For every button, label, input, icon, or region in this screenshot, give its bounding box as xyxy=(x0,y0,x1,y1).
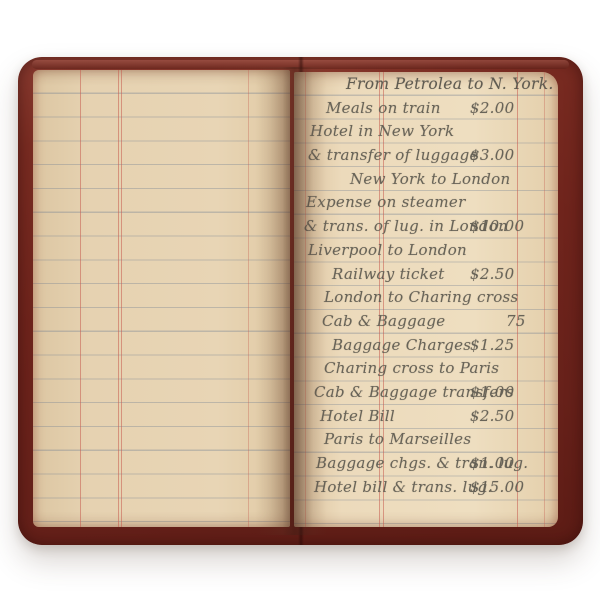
ledger-row: Meals on train $2.00 xyxy=(302,96,550,120)
ledger-row: Charing cross to Paris xyxy=(302,356,550,380)
entry-label: Railway ticket xyxy=(332,265,445,283)
entry-label: Charing cross to Paris xyxy=(324,359,499,377)
entry-amount: $10.00 xyxy=(470,214,524,239)
entry-label: Expense on steamer xyxy=(306,193,466,211)
entry-label: & transfer of luggage xyxy=(308,146,479,164)
entry-label: Hotel in New York xyxy=(310,122,454,140)
ledger-row: Railway ticket $2.50 xyxy=(302,262,550,286)
entry-label: Baggage Charges xyxy=(332,336,471,354)
ledger-row: London to Charing cross xyxy=(302,285,550,309)
entry-label: Paris to Marseilles xyxy=(324,430,471,448)
entry-label: Meals on train xyxy=(326,99,441,117)
entry-amount: $15.00 xyxy=(470,475,524,500)
entry-label: Liverpool to London xyxy=(308,241,467,259)
ledger-row: & trans. of lug. in London $10.00 xyxy=(302,214,550,238)
ledger-row: Hotel in New York xyxy=(302,119,550,143)
ledger-row: & transfer of luggage $3.00 xyxy=(302,143,550,167)
left-page xyxy=(33,70,290,527)
notebook-cover: From Petrolea to N. York. Meals on train… xyxy=(18,57,583,545)
entry-amount: $1.25 xyxy=(470,333,514,358)
entry-amount: $1.00 xyxy=(470,380,514,405)
ledger-row: Paris to Marseilles xyxy=(302,427,550,451)
ledger-entries: From Petrolea to N. York. Meals on train… xyxy=(302,72,550,498)
ledger-row: New York to London xyxy=(302,167,550,191)
entry-amount: 75 xyxy=(506,309,526,334)
ledger-title-row: From Petrolea to N. York. xyxy=(302,72,550,96)
ledger-row: Baggage Charges $1.25 xyxy=(302,333,550,357)
entry-amount: $3.00 xyxy=(470,143,514,168)
margin-line xyxy=(118,70,119,527)
entry-amount: $2.00 xyxy=(470,96,514,121)
photo-background: From Petrolea to N. York. Meals on train… xyxy=(0,0,600,600)
margin-line xyxy=(80,70,81,527)
ledger-row: Hotel bill & trans. lug. $15.00 xyxy=(302,475,550,499)
ledger-row: Expense on steamer xyxy=(302,190,550,214)
entry-label: New York to London xyxy=(350,170,510,188)
entry-amount: $2.50 xyxy=(470,262,514,287)
entry-label: London to Charing cross xyxy=(324,288,519,306)
entry-amount: $1.00 xyxy=(470,451,514,476)
entry-label: Hotel Bill xyxy=(320,407,395,425)
ledger-row: Hotel Bill $2.50 xyxy=(302,404,550,428)
entry-label: Hotel bill & trans. lug. xyxy=(314,478,493,496)
ledger-row: Liverpool to London xyxy=(302,238,550,262)
entry-amount: $2.50 xyxy=(470,404,514,429)
ledger-row: Baggage chgs. & tran. lug. $1.00 xyxy=(302,451,550,475)
ledger-row: Cab & Baggage transfers $1.00 xyxy=(302,380,550,404)
margin-line xyxy=(248,70,249,527)
ledger-row: Cab & Baggage 75 xyxy=(302,309,550,333)
margin-line xyxy=(121,70,122,527)
entry-label: Cab & Baggage xyxy=(322,312,445,330)
right-page: From Petrolea to N. York. Meals on train… xyxy=(294,72,558,527)
page-title: From Petrolea to N. York. xyxy=(346,75,554,93)
